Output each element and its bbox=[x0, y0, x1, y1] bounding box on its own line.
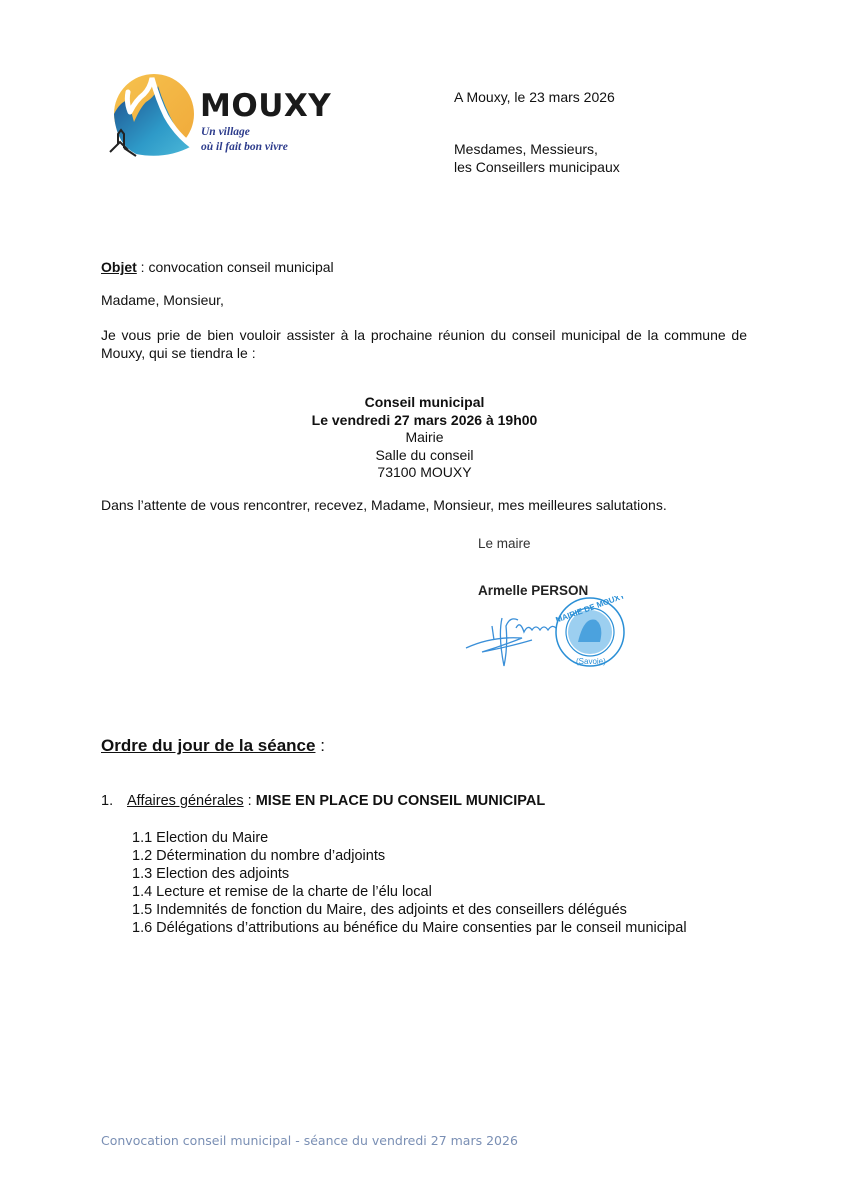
logo-tagline-line2: où il fait bon vivre bbox=[201, 140, 288, 155]
agenda-subitem: 1.3 Election des adjoints bbox=[132, 865, 687, 883]
agenda-title-suffix: : bbox=[315, 736, 324, 755]
agenda-subitem: 1.1 Election du Maire bbox=[132, 829, 687, 847]
agenda-title-text: Ordre du jour de la séance bbox=[101, 736, 315, 755]
village-mountain-logo-icon bbox=[106, 72, 196, 162]
signature-and-stamp: MAIRIE DE MOUXY (Savoie) bbox=[462, 596, 642, 676]
agenda-subitem: 1.4 Lecture et remise de la charte de l’… bbox=[132, 883, 687, 901]
agenda-item: 1.Affaires générales : MISE EN PLACE DU … bbox=[101, 793, 545, 809]
agenda-item-separator: : bbox=[244, 793, 256, 809]
agenda-subitem: 1.5 Indemnités de fonction du Maire, des… bbox=[132, 901, 687, 919]
meeting-place: Mairie bbox=[0, 429, 849, 447]
recipient-block: Mesdames, Messieurs, les Conseillers mun… bbox=[454, 140, 620, 176]
town-hall-stamp-icon: MAIRIE DE MOUXY (Savoie) bbox=[554, 596, 626, 666]
agenda-item-category: Affaires générales bbox=[127, 793, 244, 809]
subject-label: Objet bbox=[101, 259, 137, 275]
agenda-subitem: 1.6 Délégations d’attributions au bénéfi… bbox=[132, 919, 687, 937]
mouxy-logo: MOUXY Un village où il fait bon vivre bbox=[106, 72, 326, 164]
agenda-subitems: 1.1 Election du Maire 1.2 Détermination … bbox=[132, 829, 687, 937]
handwritten-signature-icon bbox=[466, 618, 556, 666]
closing-paragraph: Dans l’attente de vous rencontrer, recev… bbox=[101, 497, 667, 513]
logo-tagline: Un village où il fait bon vivre bbox=[201, 125, 288, 155]
meeting-details: Conseil municipal Le vendredi 27 mars 20… bbox=[0, 394, 849, 482]
svg-text:(Savoie): (Savoie) bbox=[576, 657, 606, 666]
meeting-city: 73100 MOUXY bbox=[0, 464, 849, 482]
letter-date: A Mouxy, le 23 mars 2026 bbox=[454, 89, 615, 105]
signer-role: Le maire bbox=[478, 536, 531, 551]
agenda-item-number: 1. bbox=[101, 793, 127, 809]
agenda-item-heading: MISE EN PLACE DU CONSEIL MUNICIPAL bbox=[256, 793, 545, 809]
recipient-line1: Mesdames, Messieurs, bbox=[454, 140, 620, 158]
agenda-subitem: 1.2 Détermination du nombre d’adjoints bbox=[132, 847, 687, 865]
page-footer: Convocation conseil municipal - séance d… bbox=[101, 1133, 518, 1148]
agenda-title: Ordre du jour de la séance : bbox=[101, 736, 325, 756]
recipient-line2: les Conseillers municipaux bbox=[454, 158, 620, 176]
subject-text: : convocation conseil municipal bbox=[137, 259, 334, 275]
logo-tagline-line1: Un village bbox=[201, 125, 288, 140]
meeting-room: Salle du conseil bbox=[0, 447, 849, 465]
meeting-title: Conseil municipal bbox=[0, 394, 849, 412]
intro-paragraph: Je vous prie de bien vouloir assister à … bbox=[101, 326, 747, 362]
meeting-datetime: Le vendredi 27 mars 2026 à 19h00 bbox=[0, 412, 849, 430]
logo-wordmark: MOUXY bbox=[200, 88, 331, 124]
subject-line: Objet : convocation conseil municipal bbox=[101, 259, 334, 275]
salutation: Madame, Monsieur, bbox=[101, 292, 224, 308]
